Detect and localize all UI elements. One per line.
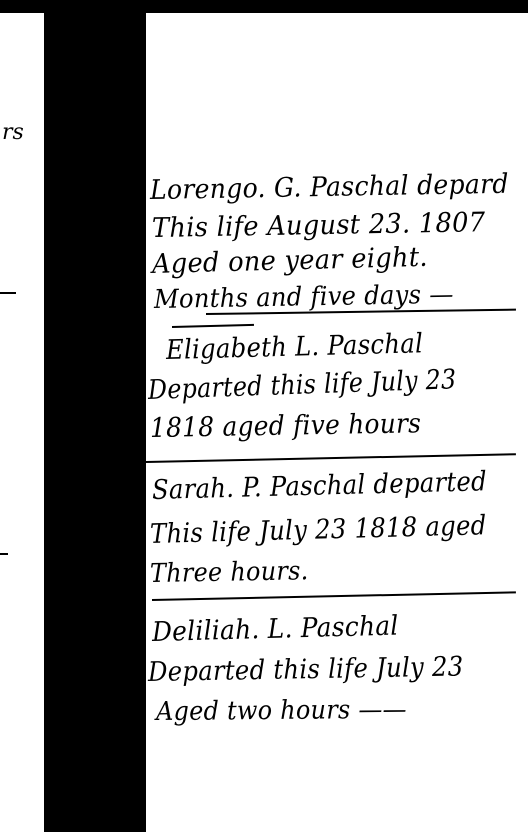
- entry-line: Three hours.: [150, 556, 309, 589]
- entry-line: Aged one year eight.: [152, 242, 429, 280]
- entry-separator: [172, 324, 254, 328]
- entry-line: This life August 23. 1807: [152, 207, 486, 244]
- entry-line: Sarah. P. Paschal departed: [152, 466, 488, 506]
- entry-line: 1818 aged five hours: [150, 408, 422, 444]
- entry-separator: [146, 453, 516, 463]
- register-page: Lorengo. G. Paschal depard This life Aug…: [146, 13, 528, 832]
- entry-line: Eligabeth L. Paschal: [166, 328, 424, 366]
- left-page-rule: [0, 553, 8, 555]
- book-gutter-shadow: [44, 10, 146, 832]
- entry-separator: [152, 591, 516, 601]
- entry-line: Departed this life July 23: [147, 364, 456, 406]
- entry-line: Departed this life July 23: [148, 651, 464, 688]
- entry-line: Aged two hours ——: [156, 695, 407, 727]
- entry-line: This life July 23 1818 aged: [150, 510, 487, 550]
- left-page-rule: [0, 292, 16, 294]
- entry-line: Lorengo. G. Paschal depard: [150, 169, 509, 206]
- entry-line: Deliliah. L. Paschal: [152, 611, 399, 648]
- left-page-text-fragment: rs: [2, 120, 24, 145]
